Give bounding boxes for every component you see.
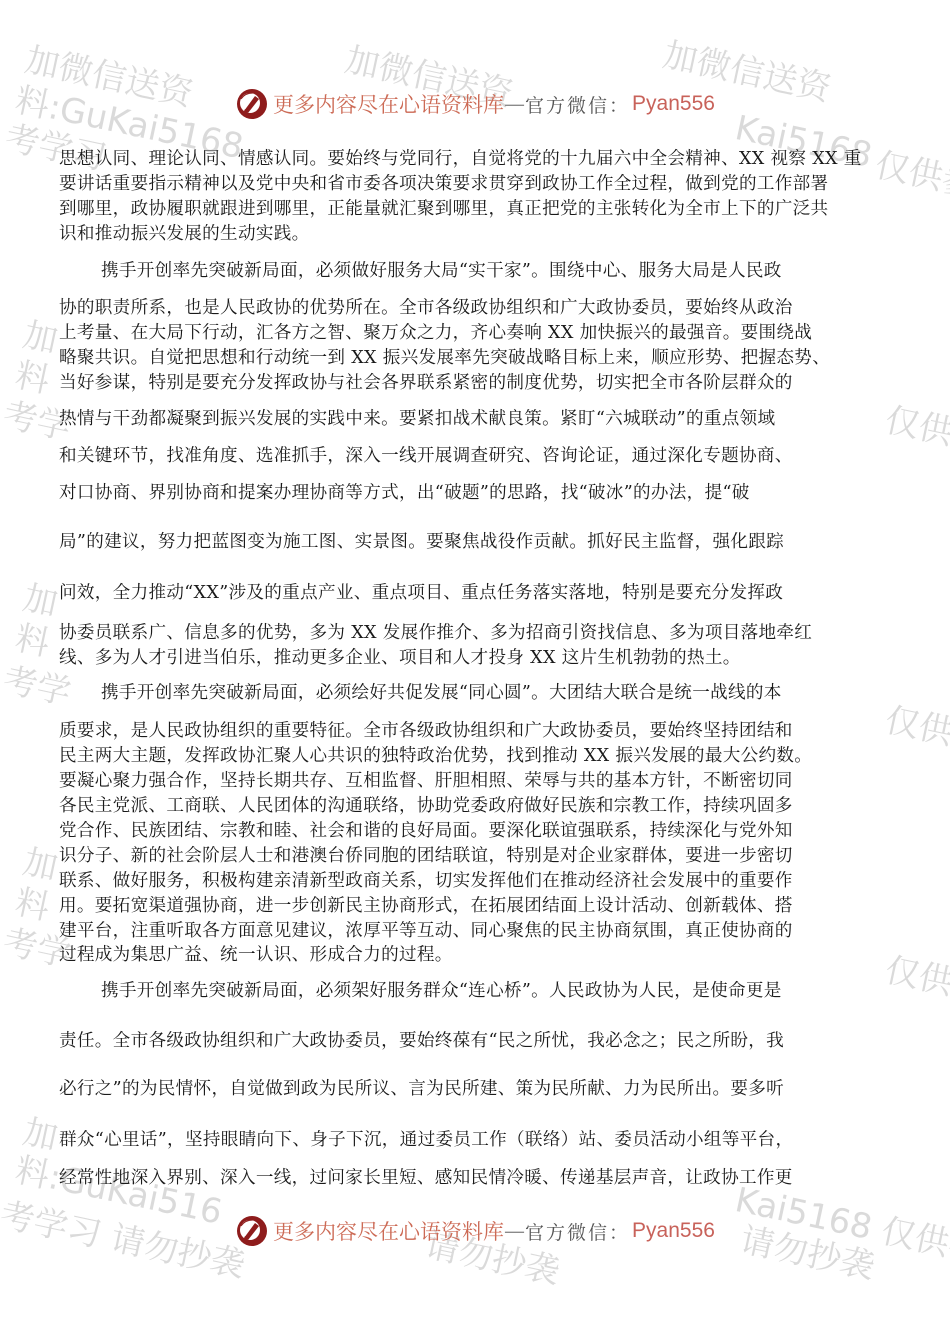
text-line: 线、多为人才引进当伯乐，推动更多企业、项目和人才投身 XX 这片生机勃勃的热土。: [59, 646, 741, 670]
watermark-text: 料: [12, 882, 54, 928]
watermark-text: 加: [20, 842, 62, 888]
watermark-text: 加: [20, 578, 62, 624]
text-line: 对口协商、界别协商和提案办理协商等方式，出“破题”的思路，找“破冰”的办法，提“…: [59, 481, 750, 505]
text-line: 党合作、民族团结、宗教和睦、社会和谐的良好局面。要深化联谊强联系，持续深化与党外…: [59, 819, 793, 843]
watermark-text: 加: [20, 1112, 62, 1158]
text-line: 问效，全力推动“XX”涉及的重点产业、重点项目、重点任务落实落地，特别是要充分发…: [59, 581, 783, 605]
text-line: 要讲话重要指示精神以及党中央和省市委各项决策要求贯穿到政协工作全过程，做到党的工…: [59, 172, 828, 196]
watermark-text: 料: [12, 355, 54, 401]
watermark-text: 仅供参: [882, 700, 950, 760]
text-line: 携手开创率先突破新局面，必须绘好共促发展“同心圆”。大团结大联合是统一战线的本: [59, 681, 782, 705]
text-line: 民主两大主题，发挥政协汇聚人心共识的独特政治优势，找到推动 XX 振兴发展的最大…: [59, 744, 812, 768]
text-line: 联系、做好服务，积极构建亲清新型政商关系，切实发挥他们在推动经济社会发展中的重要…: [59, 869, 793, 893]
watermark-text: 加: [20, 315, 62, 361]
text-line: 经常性地深入界别、深入一线，过问家长里短、感知民情冷暖、传递基层声音，让政协工作…: [59, 1166, 793, 1190]
banner-dash: —: [504, 92, 525, 116]
text-line: 协委员联系广、信息多的优势，多为 XX 发展作推介、多为招商引资找信息、多为项目…: [59, 621, 812, 645]
watermark-text: 仅供参: [872, 145, 950, 205]
text-line: 局”的建议，努力把蓝图变为施工图、实景图。要聚焦战役作贡献。抓好民主监督，强化跟…: [59, 530, 784, 554]
text-line: 群众“心里话”，坚持眼睛向下、身子下沉，通过委员工作（联络）站、委员活动小组等平…: [59, 1128, 793, 1152]
text-line: 质要求，是人民政协组织的重要特征。全市各级政协组织和广大政协委员，要始终坚持团结…: [59, 719, 793, 743]
banner-wechat-id: Pyan556: [632, 1219, 715, 1243]
banner-wechat-id: Pyan556: [632, 92, 715, 116]
watermark-text: 仅供参: [882, 400, 950, 460]
text-line: 要凝心聚力强合作，坚持长期共存、互相监督、肝胆相照、荣辱与共的基本方针，不断密切…: [59, 769, 793, 793]
banner-wechat-label: 官方微信：: [525, 91, 630, 118]
text-line: 协的职责所系，也是人民政协的优势所在。全市各级政协组织和广大政协委员，要始终从政…: [59, 296, 793, 320]
text-line: 必行之”的为民情怀，自觉做到政为民所议、言为民所建、策为民所献、力为民所出。要多…: [59, 1077, 784, 1101]
quill-pen-logo-icon: [235, 1214, 269, 1248]
text-line: 和关键环节，找准角度、选准抓手，深入一线开展调查研究、咨询论证，通过深化专题协商…: [59, 444, 793, 468]
quill-pen-logo-icon: [235, 87, 269, 121]
text-line: 建平台，注重听取各方面意见建议，浓厚平等互动、同心聚焦的民主协商氛围，真正使协商…: [59, 919, 793, 943]
watermark-text: 仅供参: [882, 950, 950, 1010]
footer-banner: 更多内容尽在心语资料库 — 官方微信： Pyan556: [0, 1211, 950, 1251]
text-line: 到哪里，政协履职就跟进到哪里，正能量就汇聚到哪里，真正把党的主张转化为全市上下的…: [59, 197, 828, 221]
text-line: 略聚共识。自觉把思想和行动统一到 XX 振兴发展率先突破战略目标上来，顺应形势、…: [59, 346, 830, 370]
text-line: 携手开创率先突破新局面，必须做好服务大局“实干家”。围绕中心、服务大局是人民政: [59, 259, 782, 283]
text-line: 识分子、新的社会阶层人士和港澳台侨同胞的团结联谊，特别是对企业家群体，要进一步密…: [59, 844, 793, 868]
banner-main-text: 更多内容尽在心语资料库: [273, 1216, 504, 1246]
text-line: 各民主党派、工商联、人民团体的沟通联络，协助党委政府做好民族和宗教工作，持续巩固…: [59, 794, 793, 818]
text-line: 热情与干劲都凝聚到振兴发展的实践中来。要紧扣战术献良策。紧盯“六城联动”的重点领…: [59, 407, 775, 431]
text-line: 责任。全市各级政协组织和广大政协委员，要始终葆有“民之所忧，我必念之；民之所盼，…: [59, 1029, 784, 1053]
text-line: 上考量、在大局下行动，汇各方之智、聚万众之力，齐心奏响 XX 加快振兴的最强音。…: [59, 321, 812, 345]
banner-dash: —: [504, 1219, 525, 1243]
banner-wechat-label: 官方微信：: [525, 1218, 630, 1245]
text-line: 用。要拓宽渠道强协商，进一步创新民主协商形式，在拓展团结面上设计活动、创新载体、…: [59, 894, 793, 918]
watermark-text: 料: [12, 618, 54, 664]
text-line: 当好参谋，特别是要充分发挥政协与社会各界联系紧密的制度优势，切实把全市各阶层群众…: [59, 371, 793, 395]
text-line: 过程成为集思广益、统一认识、形成合力的过程。: [59, 943, 453, 967]
text-line: 识和推动振兴发展的生动实践。: [59, 222, 310, 246]
banner-main-text: 更多内容尽在心语资料库: [273, 89, 504, 119]
text-line: 思想认同、理论认同、情感认同。要始终与党同行，自觉将党的十九届六中全会精神、XX…: [59, 147, 862, 171]
header-banner: 更多内容尽在心语资料库 — 官方微信： Pyan556: [0, 84, 950, 124]
text-line: 携手开创率先突破新局面，必须架好服务群众“连心桥”。人民政协为人民，是使命更是: [59, 979, 782, 1003]
